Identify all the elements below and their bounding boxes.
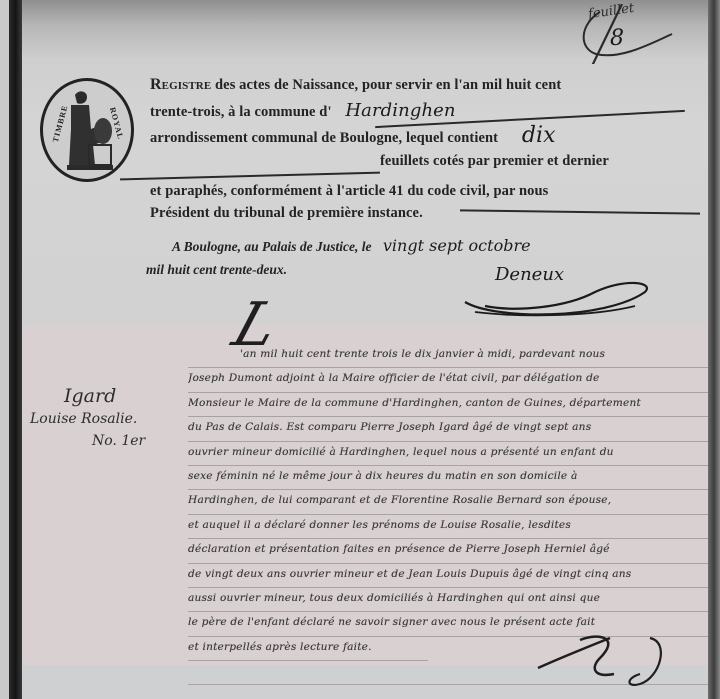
signature-flourish-icon xyxy=(455,262,665,322)
act-line: sexe féminin né le même jour à dix heure… xyxy=(188,466,708,490)
timbre-royal-stamp: TIMBRE ROYAL xyxy=(40,78,134,182)
act-line: de vingt deux ans ouvrier mineur et de J… xyxy=(188,564,708,588)
header-line-5: et paraphés, conformément à l'article 41… xyxy=(150,180,710,202)
header-line-1: Registre des actes de Naissance, pour se… xyxy=(150,74,710,96)
child-given-names: Louise Rosalie. xyxy=(30,411,170,427)
date-handwritten: vingt sept octobre xyxy=(383,236,531,255)
seated-figure-icon xyxy=(61,89,115,171)
folio-annotation: feuillet 8 xyxy=(560,4,690,64)
header-line-2: trente-trois, à la commune d' Hardinghen xyxy=(150,100,710,123)
child-surname: Igard xyxy=(30,385,170,407)
commune-name-handwritten: Hardinghen xyxy=(345,100,455,121)
act-line: Monsieur le Maire de la commune d'Hardin… xyxy=(188,393,708,417)
header-line-3: arrondissement communal de Boulogne, leq… xyxy=(150,125,710,149)
president-signature: Deneux xyxy=(455,262,665,322)
book-spine xyxy=(9,0,22,699)
act-line: Hardinghen, de lui comparant et de Flore… xyxy=(188,490,708,514)
header-line-4: feuillets cotés par premier et dernier xyxy=(380,150,720,172)
act-line: 'an mil huit cent trente trois le dix ja… xyxy=(188,344,708,368)
folio-number: 8 xyxy=(610,26,624,51)
act-line: et auquel il a déclaré donner les prénom… xyxy=(188,515,708,539)
act-line: et interpellés après lecture faite. xyxy=(188,637,428,661)
entry-number: No. 1er xyxy=(30,433,170,449)
act-line: du Pas de Calais. Est comparu Pierre Jos… xyxy=(188,417,708,441)
act-line: Joseph Dumont adjoint à la Maire officie… xyxy=(188,368,708,392)
sheet-count-handwritten: dix xyxy=(522,123,556,148)
register-title: Registre xyxy=(150,76,211,93)
act-line: déclaration et présentation faites en pr… xyxy=(188,539,708,563)
margin-annotation: Igard Louise Rosalie. No. 1er xyxy=(30,385,170,449)
officer-signature: Dumont xyxy=(530,628,690,698)
act-line: ouvrier mineur domicilié à Hardinghen, l… xyxy=(188,442,708,466)
place-date-line-2: mil huit cent trente-deux. xyxy=(146,262,287,278)
act-line: aussi ouvrier mineur, tous deux domicili… xyxy=(188,588,708,612)
place-date-line-1: A Boulogne, au Palais de Justice, le vin… xyxy=(172,236,531,255)
